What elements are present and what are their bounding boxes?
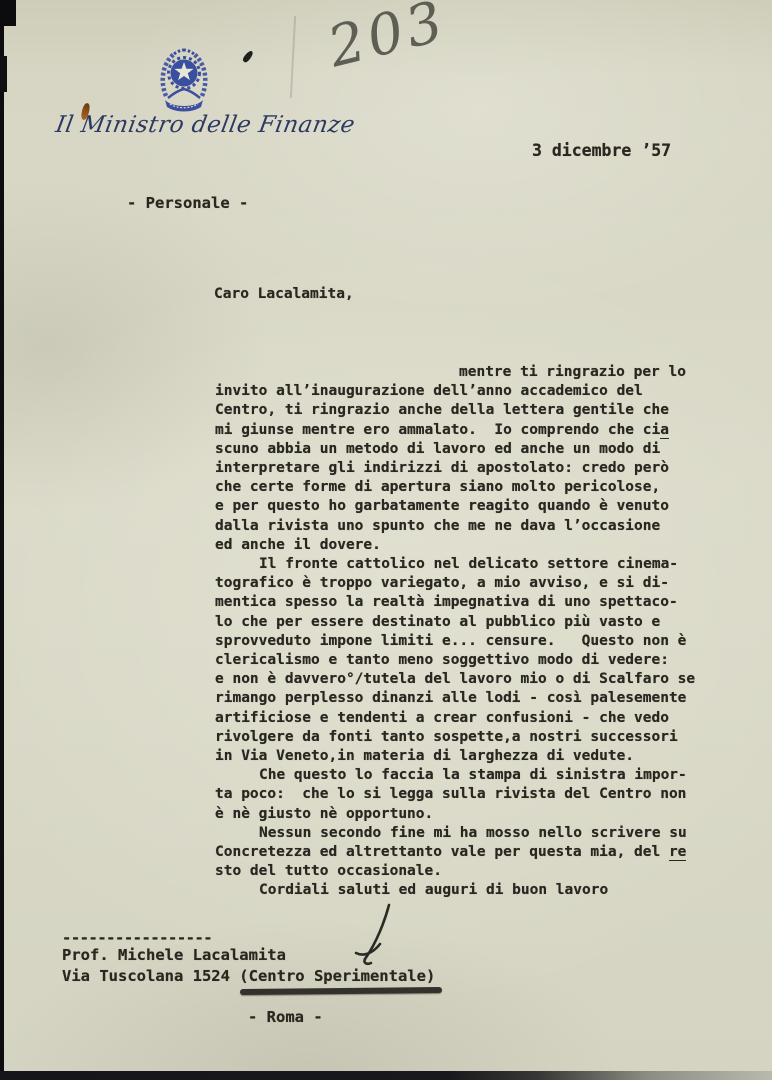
- page-number-annotation: 203: [322, 0, 453, 80]
- ink-blot-icon: [242, 50, 255, 64]
- city-label: - Roma -: [248, 1008, 323, 1026]
- body-line: Che questo lo faccia la stampa di sinist…: [215, 766, 735, 785]
- salutation-text: Caro Lacalamita,: [214, 286, 354, 302]
- body-line: scuno abbia un metodo di lavoro ed anche…: [215, 440, 735, 459]
- body-line: Concretezza ed altrettanto vale per ques…: [215, 843, 735, 862]
- body-line: invito all’inaugurazione dell’anno accad…: [215, 382, 735, 401]
- body-line: sprovveduto impone limiti e... censure. …: [215, 632, 735, 651]
- body-line: ta poco: che lo si legga sulla rivista d…: [215, 785, 735, 804]
- body-line: sto del tutto occasionale.: [215, 862, 735, 881]
- body-line: in Via Veneto,in materia di larghezza di…: [215, 747, 735, 766]
- italy-republic-emblem-icon: [156, 46, 212, 118]
- body-line: Cordiali saluti ed auguri di buon lavoro: [215, 881, 735, 900]
- body-line: ed anche il dovere.: [215, 536, 735, 555]
- body-line: Il fronte cattolico nel delicato settore…: [215, 555, 735, 574]
- body-line: è nè giusto nè opportuno.: [215, 805, 735, 824]
- footer-divider: -----------------: [62, 929, 212, 947]
- body-line: rimango perplesso dinanzi alle lodi - co…: [215, 689, 735, 708]
- paper-crease: [290, 16, 296, 98]
- body-line: mentica spesso la realtà impegnativa di …: [215, 593, 735, 612]
- body-line: tografico è troppo variegato, a mio avvi…: [215, 574, 735, 593]
- classification-label: - Personale -: [127, 194, 248, 212]
- body-line: Centro, ti ringrazio anche della lettera…: [215, 401, 735, 420]
- recipient-name: Prof. Michele Lacalamita: [62, 946, 286, 964]
- letterhead-title: Il Ministro delle Finanze: [54, 112, 349, 138]
- body-line: mi giunse mentre ero ammalato. Io compre…: [215, 421, 735, 440]
- handwritten-checkmark-icon: [352, 902, 396, 976]
- scanned-letter-page: 203 Il Ministro delle Finanze 3 dicembre…: [0, 0, 772, 1080]
- scan-edge-left: [0, 0, 4, 1080]
- body-line: interpretare gli indirizzi di apostolato…: [215, 459, 735, 478]
- body-line: artificiose e tendenti a crear confusion…: [215, 709, 735, 728]
- letter-date: 3 dicembre ’57: [532, 141, 671, 160]
- scan-edge-corner: [0, 0, 16, 26]
- scan-edge-notch: [0, 56, 7, 92]
- body-line: che certe forme di apertura siano molto …: [215, 478, 735, 497]
- body-line: clericalismo e tanto meno soggettivo mod…: [215, 651, 735, 670]
- address-underline-mark: [240, 987, 442, 995]
- body-line: rivolgere da fonti tanto sospette,a nost…: [215, 728, 735, 747]
- body-line: Nessun secondo fine mi ha mosso nello sc…: [215, 824, 735, 843]
- scan-edge-bottom: [0, 1071, 772, 1080]
- body-line: e non è davvero°/tutela del lavoro mio o…: [215, 670, 735, 689]
- body-line: lo che per essere destinato al pubblico …: [215, 613, 735, 632]
- body-line: dalla rivista uno spunto che me ne dava …: [215, 517, 735, 536]
- body-line: e per questo ho garbatamente reagito qua…: [215, 497, 735, 516]
- letter-body: mentre ti ringrazio per loinvito all’ina…: [215, 363, 735, 901]
- body-line: mentre ti ringrazio per lo: [215, 363, 735, 382]
